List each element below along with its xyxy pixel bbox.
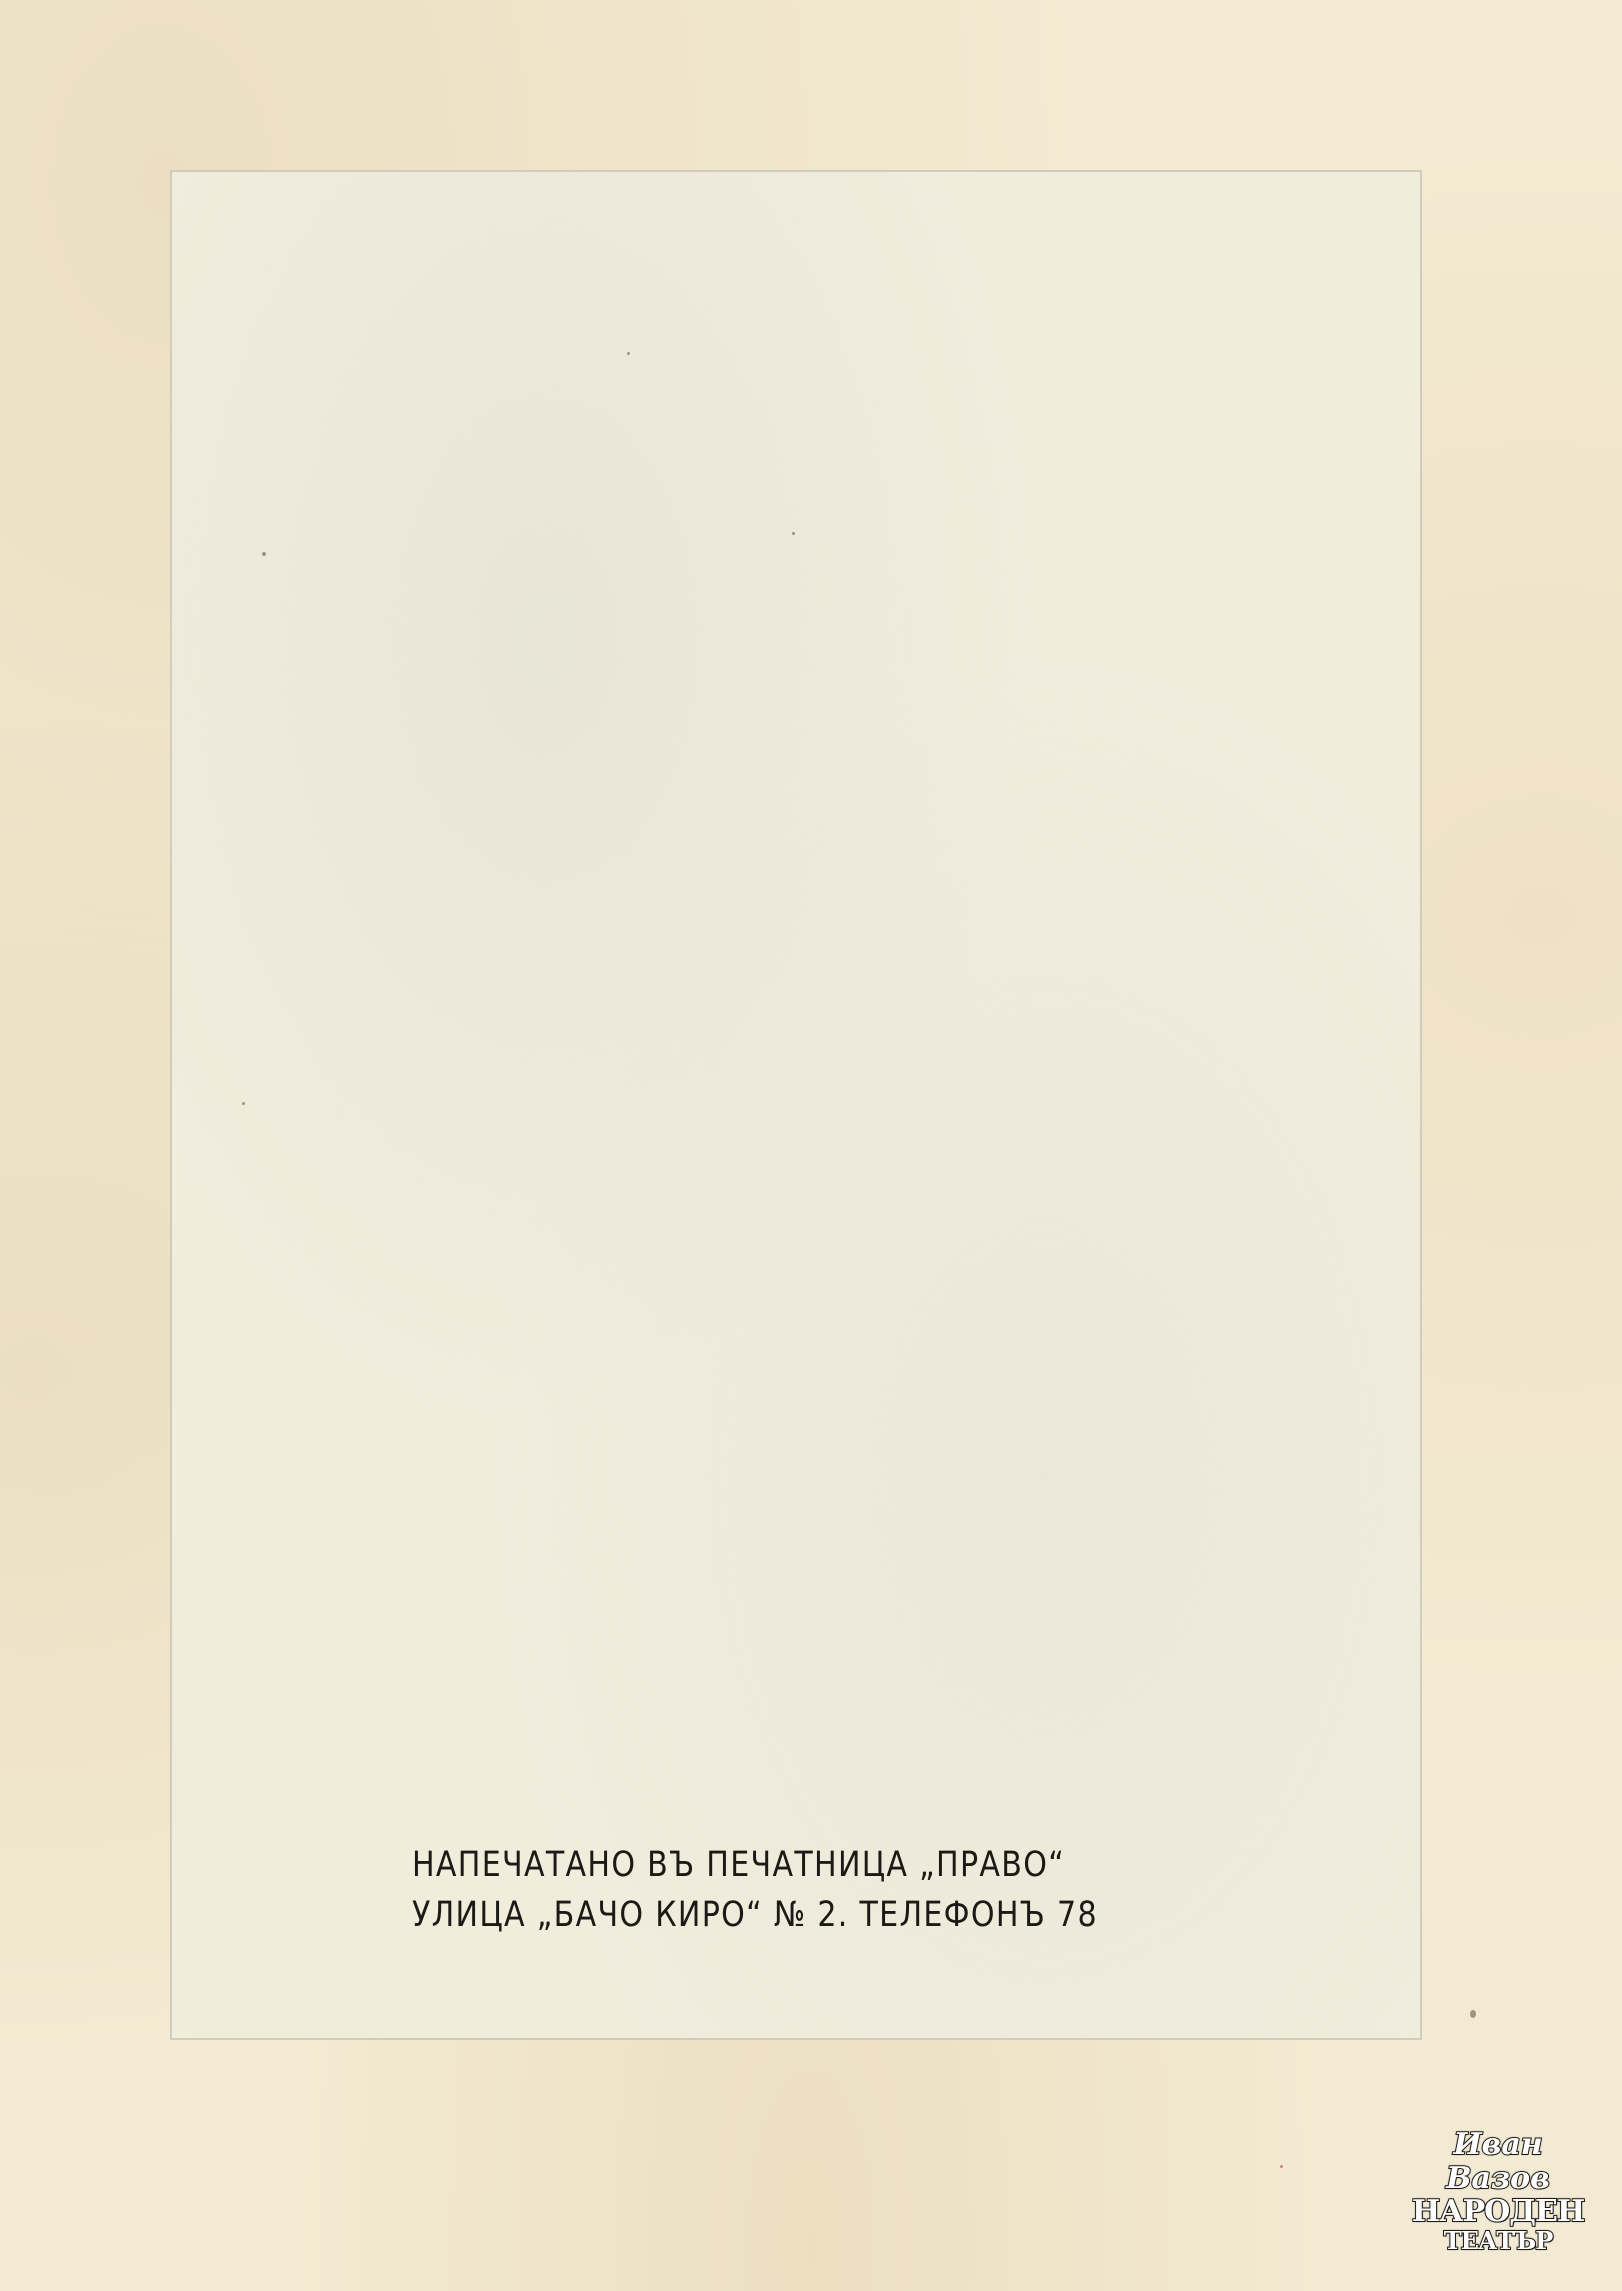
printer-imprint: НАПЕЧАТАНО ВЪ ПЕЧАТНИЦА „ПРАВО“ УЛИЦА „Б… (412, 1840, 1091, 1940)
paper-speck (1280, 2165, 1283, 2168)
paper-speck (792, 532, 795, 535)
logo-title-line-2: ТЕАТЪР (1398, 2228, 1598, 2254)
national-theatre-logo: Иван Вазов НАРОДЕН ТЕАТЪР (1398, 2128, 1598, 2248)
imprint-line-2: УЛИЦА „БАЧО КИРО“ № 2. ТЕЛЕФОНЪ 78 (412, 1890, 1091, 1940)
paper-speck (242, 1102, 245, 1105)
imprint-line-1: НАПЕЧАТАНО ВЪ ПЕЧАТНИЦА „ПРАВО“ (412, 1840, 1091, 1890)
paper-speck (262, 552, 266, 556)
logo-signature: Иван Вазов (1398, 2128, 1598, 2196)
blank-printed-plate (170, 170, 1422, 2040)
paper-speck (1470, 2010, 1476, 2018)
logo-title-line-1: НАРОДЕН (1398, 2196, 1598, 2228)
paper-speck (627, 352, 630, 355)
scanned-page: НАПЕЧАТАНО ВЪ ПЕЧАТНИЦА „ПРАВО“ УЛИЦА „Б… (0, 0, 1622, 2291)
